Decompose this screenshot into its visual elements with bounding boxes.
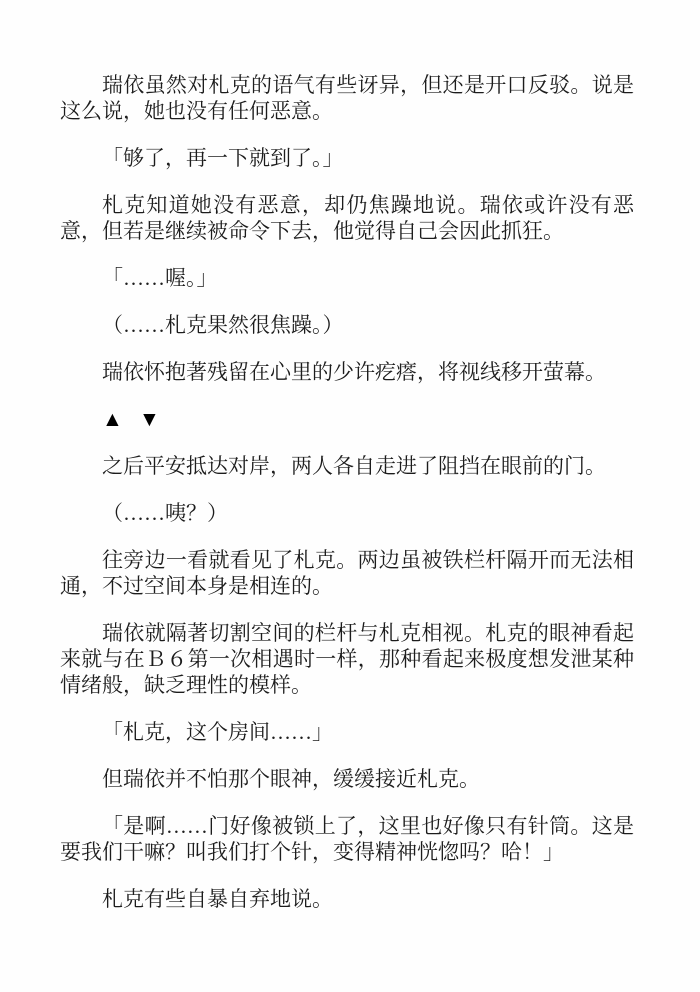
novel-reader-page: 瑞依虽然对札克的语气有些讶异，但还是开口反驳。说是这么说，她也没有任何恶意。 「… xyxy=(0,0,700,992)
scene-break-triangles: ▲ ▼ xyxy=(60,406,634,432)
paragraph-narration: 之后平安抵达对岸，两人各自走进了阻挡在眼前的门。 xyxy=(60,453,634,479)
paragraph-thought: （……咦？） xyxy=(60,500,634,526)
paragraph-narration: 往旁边一看就看见了札克。两边虽被铁栏杆隔开而无法相通，不过空间本身是相连的。 xyxy=(60,547,634,599)
paragraph-dialogue: 「是啊……门好像被锁上了，这里也好像只有针筒。这是要我们干嘛？叫我们打个针，变得… xyxy=(60,813,634,865)
paragraph-dialogue: 「够了，再一下就到了。」 xyxy=(60,145,634,171)
paragraph-dialogue: 「札克，这个房间……」 xyxy=(60,719,634,745)
paragraph-narration: 札克知道她没有恶意，却仍焦躁地说。瑞依或许没有恶意，但若是继续被命令下去，他觉得… xyxy=(60,192,634,244)
paragraph-narration: 瑞依怀抱著残留在心里的少许疙瘩，将视线移开萤幕。 xyxy=(60,359,634,385)
paragraph-narration: 札克有些自暴自弃地说。 xyxy=(60,886,634,912)
paragraph-narration: 但瑞依并不怕那个眼神，缓缓接近札克。 xyxy=(60,766,634,792)
paragraph-narration: 瑞依就隔著切割空间的栏杆与札克相视。札克的眼神看起来就与在Ｂ６第一次相遇时一样，… xyxy=(60,620,634,698)
paragraph-narration: 瑞依虽然对札克的语气有些讶异，但还是开口反驳。说是这么说，她也没有任何恶意。 xyxy=(60,72,634,124)
paragraph-dialogue: 「……喔。」 xyxy=(60,265,634,291)
paragraph-thought: （……札克果然很焦躁。） xyxy=(60,312,634,338)
